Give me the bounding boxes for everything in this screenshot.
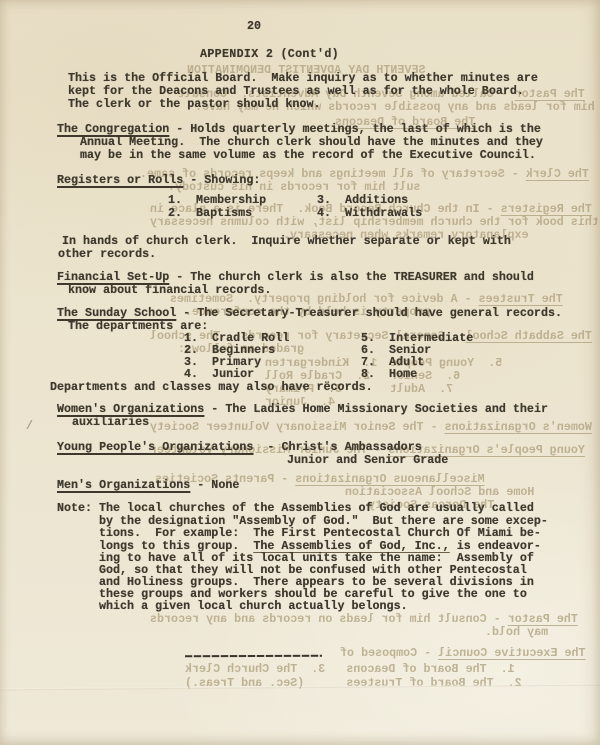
- page-number: 20: [247, 20, 261, 32]
- text-segment: - Showing:: [183, 173, 260, 187]
- text-line: Financial Set-Up - The church clerk is a…: [57, 271, 534, 283]
- text-line: This is the Official Board. Make inquiry…: [68, 72, 538, 84]
- text-line: The Congregation - Holds quarterly meeti…: [57, 123, 541, 135]
- text-line: auxiliaries: [72, 416, 149, 428]
- text-line: which a given local church actually belo…: [99, 600, 408, 612]
- text-segment: 4. Junior: [184, 367, 254, 381]
- text-line: Men's Organizations - None: [57, 479, 239, 491]
- text-segment: Departments and classes may also have rë…: [50, 380, 373, 394]
- text-segment: tions. For example: The First Pentecosta…: [99, 526, 541, 540]
- document-page: SEVENTH DAY ADVENTIST DENOMINATIONThe Pa…: [0, 0, 600, 745]
- text-segment: auxiliaries: [72, 415, 149, 429]
- text-segment: know about financial records.: [68, 283, 271, 297]
- text-segment: - The Ladies Home Missionary Societies a…: [204, 402, 548, 416]
- text-line: Annual Meeting. The church clerk should …: [80, 136, 543, 148]
- text-segment: - Holds quarterly meetings, the last of …: [169, 122, 541, 136]
- text-segment: This is the Official Board. Make inquiry…: [68, 71, 538, 85]
- divider-line: [185, 655, 322, 658]
- underlined-text: Registers or Rolls: [57, 173, 183, 187]
- text-line: 2. Baptisms: [168, 207, 252, 219]
- underlined-text: Financial Set-Up: [57, 270, 169, 284]
- text-line: 8. Home: [361, 368, 417, 380]
- text-segment: may be in the same volume as the record …: [80, 148, 536, 162]
- underlined-text: The Congregation: [57, 122, 169, 136]
- text-segment: 2. Baptisms: [168, 206, 252, 220]
- appendix-heading: APPENDIX 2 (Cont'd): [200, 48, 339, 60]
- text-line: Women's Organizations - The Ladies Home …: [57, 403, 548, 415]
- text-line: 4. Withdrawals: [317, 207, 422, 219]
- text-line: 4. Junior: [184, 368, 254, 380]
- text-segment: - The church clerk is also the TREASURER…: [169, 270, 534, 284]
- text-segment: 3. Additions: [317, 193, 408, 207]
- text-line: In hands of church clerk. Inquire whethe…: [62, 235, 511, 247]
- text-segment: 4. Withdrawals: [317, 206, 422, 220]
- text-line: know about financial records.: [68, 284, 271, 296]
- text-segment: - Christ's Ambassadors: [253, 440, 421, 454]
- underlined-text: Young People's Organizations: [57, 440, 253, 454]
- underlined-text: Men's Organizations: [57, 478, 190, 492]
- text-line: Junior and Senior Grade: [287, 454, 448, 466]
- text-segment: /: [26, 419, 33, 433]
- text-segment: other records.: [58, 247, 156, 261]
- text-segment: 1. Membership: [168, 193, 266, 207]
- text-line: may be in the same volume as the record …: [80, 149, 536, 161]
- text-segment: kept for the Deacons and Trustees as wel…: [68, 84, 524, 98]
- text-line: kept for the Deacons and Trustees as wel…: [68, 85, 524, 97]
- typewritten-text-layer: 20 APPENDIX 2 (Cont'd) This is the Offic…: [0, 0, 600, 745]
- text-segment: In hands of church clerk. Inquire whethe…: [62, 234, 511, 248]
- underlined-text: Women's Organizations: [57, 402, 204, 416]
- text-line: 3. Additions: [317, 194, 408, 206]
- text-segment: Junior and Senior Grade: [287, 453, 448, 467]
- text-segment: - None: [190, 478, 239, 492]
- text-segment: The clerk or the pastor should know.: [68, 97, 321, 111]
- text-segment: - The Secretary-Treasurer should have ge…: [176, 306, 562, 320]
- text-line: Departments and classes may also have rë…: [50, 381, 373, 393]
- text-line: 1. Membership: [168, 194, 266, 206]
- text-segment: The local churches of the Assemblies of …: [99, 501, 534, 515]
- text-line: The local churches of the Assemblies of …: [99, 502, 534, 514]
- text-line: Young People's Organizations - Christ's …: [57, 441, 422, 453]
- text-line: The Sunday School - The Secretary-Treasu…: [57, 307, 562, 319]
- text-segment: Annual Meeting. The church clerk should …: [80, 135, 543, 149]
- text-line: /: [26, 420, 33, 432]
- text-line: other records.: [58, 248, 156, 260]
- text-line: The clerk or the pastor should know.: [68, 98, 321, 110]
- text-line: Registers or Rolls - Showing:: [57, 174, 260, 186]
- underlined-text: The Sunday School: [57, 306, 176, 320]
- text-line: Note:: [57, 502, 92, 514]
- text-segment: 8. Home: [361, 367, 417, 381]
- text-segment: which a given local church actually belo…: [99, 599, 408, 613]
- text-segment: Note:: [57, 501, 92, 515]
- text-line: tions. For example: The First Pentecosta…: [99, 527, 541, 539]
